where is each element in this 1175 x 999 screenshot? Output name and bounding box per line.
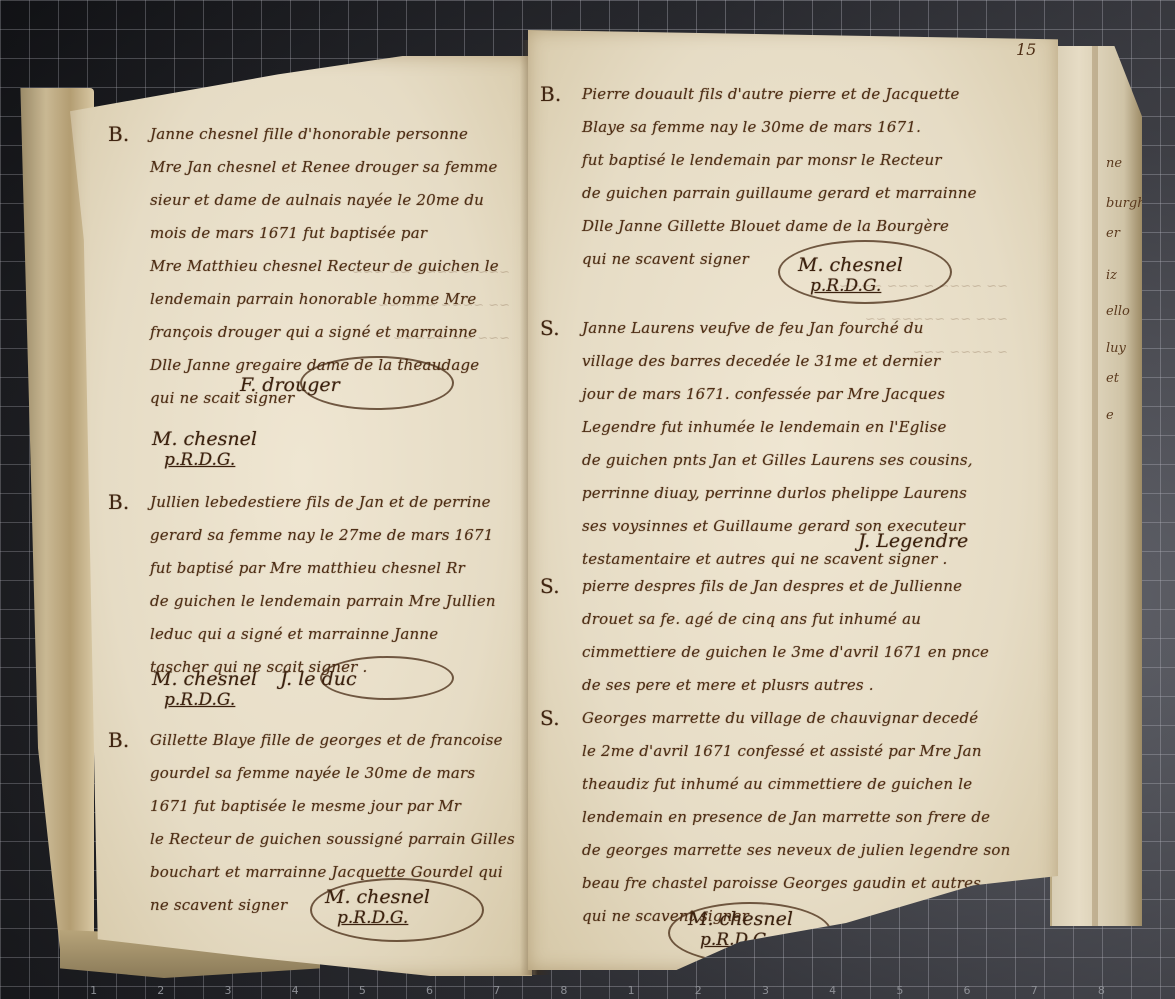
entry-line: 1671 fut baptisée le mesme jour par Mr bbox=[150, 790, 515, 823]
burial-entry-3: S. Georges marrette du village de chauvi… bbox=[582, 702, 1010, 933]
signature-flourish bbox=[668, 902, 832, 964]
entry-line: beau fre chastel paroisse Georges gaudin… bbox=[582, 867, 1010, 900]
adjacent-fragment: er bbox=[1106, 226, 1120, 241]
entry-line: perrinne diuay, perrinne durlos phelippe… bbox=[582, 477, 973, 510]
entry-marker: B. bbox=[108, 486, 129, 519]
ruler-tick: 8 bbox=[554, 984, 574, 997]
entry-marker: B. bbox=[108, 118, 129, 151]
signature-name: M. chesnel bbox=[152, 668, 257, 690]
signature-chesnel: M. chesnel p.R.D.G. bbox=[152, 428, 257, 470]
entry-line: village des barres decedée le 31me et de… bbox=[582, 345, 973, 378]
entry-marker: S. bbox=[540, 570, 560, 603]
entry-line: lendemain parrain honorable homme Mre bbox=[150, 283, 499, 316]
burial-entry-2: S. pierre despres fils de Jan despres et… bbox=[582, 570, 989, 702]
entry-line: de guichen pnts Jan et Gilles Laurens se… bbox=[582, 444, 973, 477]
entry-line: gerard sa femme nay le 27me de mars 1671 bbox=[150, 519, 496, 552]
entry-line: Mre Jan chesnel et Renee drouger sa femm… bbox=[150, 151, 499, 184]
entry-line: pierre despres fils de Jan despres et de… bbox=[582, 570, 989, 603]
entry-marker: B. bbox=[108, 724, 129, 757]
entry-line: Blaye sa femme nay le 30me de mars 1671. bbox=[582, 111, 977, 144]
entry-line: Georges marrette du village de chauvigna… bbox=[582, 702, 1010, 735]
left-page: ~~~ ~ ~~~~ ~~ ~~~~~ ~~~~ ~~~ ~~~~~ ~~ ~~… bbox=[70, 56, 532, 976]
adjacent-fragment: e bbox=[1106, 408, 1114, 423]
ruler-tick: 7 bbox=[487, 984, 507, 997]
right-page: 15 ~~ ~~~~ ~ ~~~ ~~~~~~~ ~~ ~~~~~ ~~~ ~~… bbox=[528, 30, 1058, 970]
entry-line: drouet sa fe. agé de cinq ans fut inhumé… bbox=[582, 603, 989, 636]
entry-line: Legendre fut inhumée le lendemain en l'E… bbox=[582, 411, 973, 444]
entry-line: leduc qui a signé et marrainne Janne bbox=[150, 618, 496, 651]
adjacent-fragment: iz bbox=[1106, 268, 1117, 283]
entry-line: de georges marrette ses neveux de julien… bbox=[582, 834, 1010, 867]
signature-name: M. chesnel bbox=[152, 428, 257, 450]
baptism-entry-2: B. Jullien lebedestiere fils de Jan et d… bbox=[150, 486, 496, 684]
entry-line: Janne Laurens veufve de feu Jan fourché … bbox=[582, 312, 973, 345]
entry-line: sieur et dame de aulnais nayée le 20me d… bbox=[150, 184, 499, 217]
entry-line: fut baptisé par Mre matthieu chesnel Rr bbox=[150, 552, 496, 585]
entry-line: le 2me d'avril 1671 confessé et assisté … bbox=[582, 735, 1010, 768]
entry-line: Gillette Blaye fille de georges et de fr… bbox=[150, 724, 515, 757]
entry-marker: S. bbox=[540, 702, 560, 735]
ruler-tick: 1 bbox=[621, 984, 641, 997]
signature-title: p.R.D.G. bbox=[164, 690, 257, 710]
entry-line: le Recteur de guichen soussigné parrain … bbox=[150, 823, 515, 856]
entry-marker: B. bbox=[540, 78, 561, 111]
entry-line: lendemain en presence de Jan marrette so… bbox=[582, 801, 1010, 834]
ruler-tick: 2 bbox=[151, 984, 171, 997]
entry-line: theaudiz fut inhumé au cimmettiere de gu… bbox=[582, 768, 1010, 801]
ruler-tick: 6 bbox=[420, 984, 440, 997]
book-page-stack-right: ne burgh er iz ello luy et e bbox=[1050, 46, 1142, 926]
entry-line: mois de mars 1671 fut baptisée par bbox=[150, 217, 499, 250]
entry-line: Pierre douault fils d'autre pierre et de… bbox=[582, 78, 977, 111]
entry-line: Janne chesnel fille d'honorable personne bbox=[150, 118, 499, 151]
ruler-tick: 3 bbox=[218, 984, 238, 997]
adjacent-fragment: et bbox=[1106, 371, 1119, 386]
ruler-tick: 4 bbox=[285, 984, 305, 997]
ruler-tick: 5 bbox=[890, 984, 910, 997]
ruler-tick: 8 bbox=[1091, 984, 1111, 997]
mat-ruler: 1 2 3 4 5 6 7 8 1 2 3 4 5 6 7 8 bbox=[0, 977, 1175, 999]
signature-legendre: J. Legendre bbox=[858, 530, 968, 552]
entry-line: cimmettiere de guichen le 3me d'avril 16… bbox=[582, 636, 989, 669]
signature-chesnel: M. chesnel p.R.D.G. bbox=[152, 668, 257, 710]
adjacent-fragment: burgh bbox=[1106, 196, 1146, 211]
adjacent-fragment: ne bbox=[1106, 156, 1122, 171]
signature-title: p.R.D.G. bbox=[164, 450, 257, 470]
entry-line: de guichen le lendemain parrain Mre Jull… bbox=[150, 585, 496, 618]
ruler-tick: 5 bbox=[352, 984, 372, 997]
entry-marker: S. bbox=[540, 312, 560, 345]
entry-line: Dlle Janne Gillette Blouet dame de la Bo… bbox=[582, 210, 977, 243]
adjacent-fragment: ello bbox=[1106, 304, 1130, 319]
ruler-tick: 7 bbox=[1024, 984, 1044, 997]
ruler-tick: 3 bbox=[755, 984, 775, 997]
entry-line: françois drouger qui a signé et marrainn… bbox=[150, 316, 499, 349]
entry-line: Jullien lebedestiere fils de Jan et de p… bbox=[150, 486, 496, 519]
ruler-tick: 1 bbox=[84, 984, 104, 997]
ruler-tick: 4 bbox=[823, 984, 843, 997]
signature-flourish bbox=[310, 878, 484, 942]
entry-line: jour de mars 1671. confessée par Mre Jac… bbox=[582, 378, 973, 411]
adjacent-fragment: luy bbox=[1106, 341, 1126, 356]
folio-number: 15 bbox=[1016, 40, 1036, 59]
ruler-tick: 2 bbox=[688, 984, 708, 997]
entry-line: de ses pere et mere et plusrs autres . bbox=[582, 669, 989, 702]
signature-flourish bbox=[320, 656, 454, 700]
stack-strip bbox=[1092, 46, 1098, 926]
signature-flourish bbox=[300, 356, 454, 410]
ruler-tick: 6 bbox=[957, 984, 977, 997]
entry-line: bouchart et marrainne Jacquette Gourdel … bbox=[150, 856, 515, 889]
entry-line: gourdel sa femme nayée le 30me de mars bbox=[150, 757, 515, 790]
entry-line: fut baptisé le lendemain par monsr le Re… bbox=[582, 144, 977, 177]
entry-line: Mre Matthieu chesnel Recteur de guichen … bbox=[150, 250, 499, 283]
entry-line: de guichen parrain guillaume gerard et m… bbox=[582, 177, 977, 210]
signature-flourish bbox=[778, 240, 952, 304]
